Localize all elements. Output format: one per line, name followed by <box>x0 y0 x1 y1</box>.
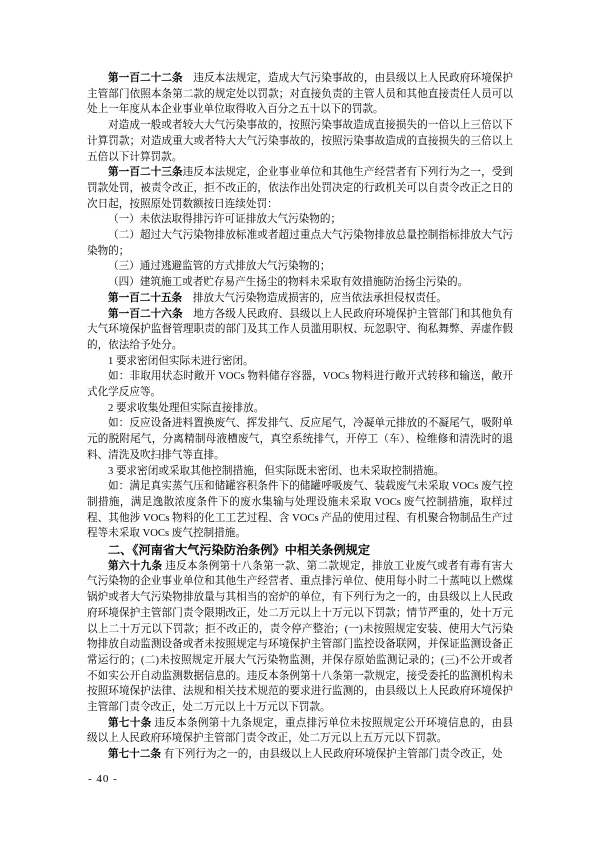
document-page: 第一百二十二条 违反本法规定，造成大气污染事故的，由县级以上人民政府环境保护主管… <box>0 0 600 848</box>
paragraph: 3 要求密闭或采取其他控制措施，但实际既未密闭、也未采取控制措施。 <box>87 464 513 480</box>
paragraph: 第一百二十五条 排放大气污染物造成损害的，应当依法承担侵权责任。 <box>87 291 513 307</box>
article-number: 第一百二十五条 <box>108 293 182 304</box>
paragraph: 对造成一般或者较大大气污染事故的，按照污染事故造成直接损失的一倍以上三倍以下计算… <box>87 118 513 165</box>
paragraph: 1 要求密闭但实际未进行密闭。 <box>87 354 513 370</box>
paragraph: （四）建筑施工或者贮存易产生扬尘的物料未采取有效措施防治扬尘污染的。 <box>87 275 513 291</box>
paragraph: 第一百二十六条 地方各级人民政府、县级以上人民政府环境保护主管部门和其他负有大气… <box>87 307 513 354</box>
paragraph: 第一百二十三条违反本法规定，企业事业单位和其他生产经营者有下列行为之一，受到罚款… <box>87 165 513 212</box>
article-number: 第六十九条 <box>108 561 162 572</box>
paragraph: （三）通过逃避监管的方式排放大气污染物的； <box>87 259 513 275</box>
page-number: - 40 - <box>88 773 118 785</box>
article-number: 第七十二条 <box>108 749 161 760</box>
paragraph: 2 要求收集处理但实际直接排放。 <box>87 401 513 417</box>
article-number: 第一百二十六条 <box>108 309 183 320</box>
article-number: 第一百二十二条 <box>108 73 183 84</box>
paragraph: 如：非取用状态时敞开 VOCs 物料储存容器，VOCs 物料进行敞开式转移和输送… <box>87 369 513 400</box>
section-heading: 二、《河南省大气污染防治条例》中相关条例规定 <box>87 542 513 559</box>
paragraph: 第七十二条 有下列行为之一的，由县级以上人民政府环境保护主管部门责令改正，处 <box>87 747 513 763</box>
article-number: 第一百二十三条 <box>108 167 183 178</box>
paragraph: 如：反应设备进料置换废气、挥发排气、反应尾气，冷凝单元排放的不凝尾气，吸附单元的… <box>87 416 513 463</box>
document-body: 第一百二十二条 违反本法规定，造成大气污染事故的，由县级以上人民政府环境保护主管… <box>87 71 513 763</box>
paragraph: 第六十九条 违反本条例第十八条第一款、第二款规定，排放工业废气或者有毒有害大气污… <box>87 559 513 716</box>
paragraph: （二）超过大气污染物排放标准或者超过重点大气污染物排放总量控制指标排放大气污染物… <box>87 228 513 259</box>
paragraph: （一）未依法取得排污许可证排放大气污染物的； <box>87 212 513 228</box>
paragraph: 如：满足真实蒸气压和储罐容积条件下的储罐呼吸废气、装载废气未采取 VOCs 废气… <box>87 479 513 542</box>
paragraph: 第一百二十二条 违反本法规定，造成大气污染事故的，由县级以上人民政府环境保护主管… <box>87 71 513 118</box>
paragraph: 第七十条 违反本条例第十九条规定，重点排污单位未按照规定公开环境信息的，由县级以… <box>87 716 513 747</box>
article-number: 第七十条 <box>108 718 152 729</box>
